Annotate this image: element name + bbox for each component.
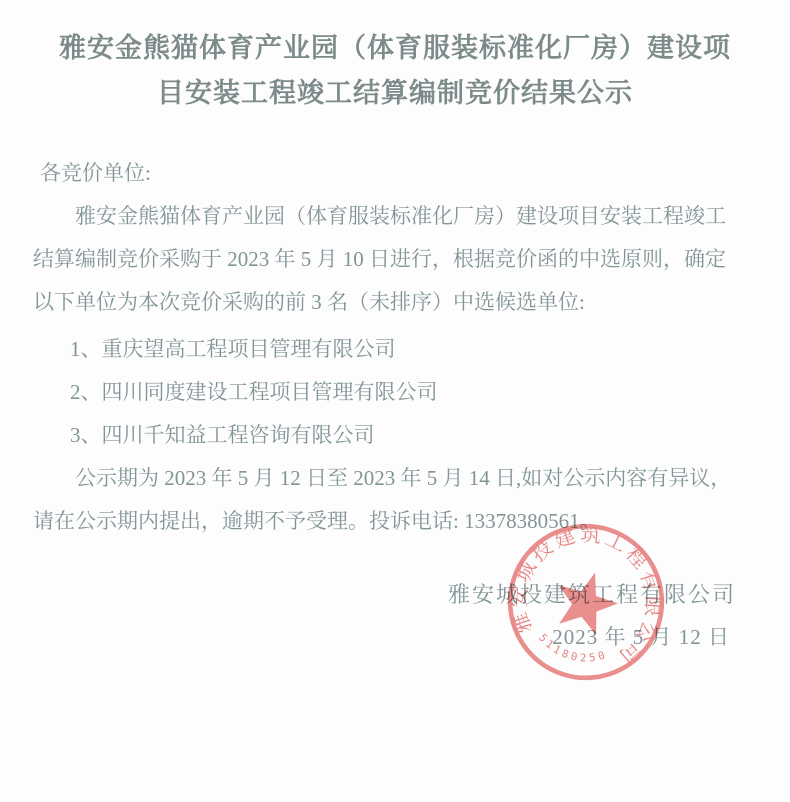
list-item: 1、重庆望高工程项目管理有限公司	[70, 328, 790, 371]
winner-list: 1、重庆望高工程项目管理有限公司 2、四川同度建设工程项目管理有限公司 3、四川…	[0, 328, 790, 457]
signature-company: 雅安城投建筑工程有限公司	[0, 573, 790, 616]
signature-block: 雅安城投建筑工程有限公司 2023 年 5 月 12 日	[0, 573, 790, 659]
list-item: 3、四川千知益工程咨询有限公司	[70, 414, 790, 457]
para-line: 公示期为 2023 年 5 月 12 日至 2023 年 5 月 14 日,如对…	[33, 457, 760, 500]
para-line: 以下单位为本次竞价采购的前 3 名（未排序）中选候选单位:	[33, 281, 760, 324]
list-item: 2、四川同度建设工程项目管理有限公司	[70, 371, 790, 414]
page-title: 雅安金熊猫体育产业园（体育服装标准化厂房）建设项 目安装工程竣工结算编制竞价结果…	[0, 26, 790, 116]
signature-date: 2023 年 5 月 12 日	[0, 616, 790, 659]
para-line: 请在公示期内提出，逾期不予受理。投诉电话: 13378380561。	[33, 500, 760, 543]
paragraph-bid-result: 雅安金熊猫体育产业园（体育服装标准化厂房）建设项目安装工程竣工 结算编制竞价采购…	[0, 195, 790, 324]
paragraph-publicity-period: 公示期为 2023 年 5 月 12 日至 2023 年 5 月 14 日,如对…	[0, 457, 790, 543]
para-line: 结算编制竞价采购于 2023 年 5 月 10 日进行，根据竞价函的中选原则，确…	[33, 238, 760, 281]
title-line-2: 目安装工程竣工结算编制竞价结果公示	[0, 71, 790, 116]
para-line: 雅安金熊猫体育产业园（体育服装标准化厂房）建设项目安装工程竣工	[33, 195, 760, 238]
title-line-1: 雅安金熊猫体育产业园（体育服装标准化厂房）建设项	[0, 26, 790, 71]
salutation: 各竞价单位:	[0, 152, 790, 195]
document-page: 雅安金熊猫体育产业园（体育服装标准化厂房）建设项 目安装工程竣工结算编制竞价结果…	[0, 0, 790, 802]
